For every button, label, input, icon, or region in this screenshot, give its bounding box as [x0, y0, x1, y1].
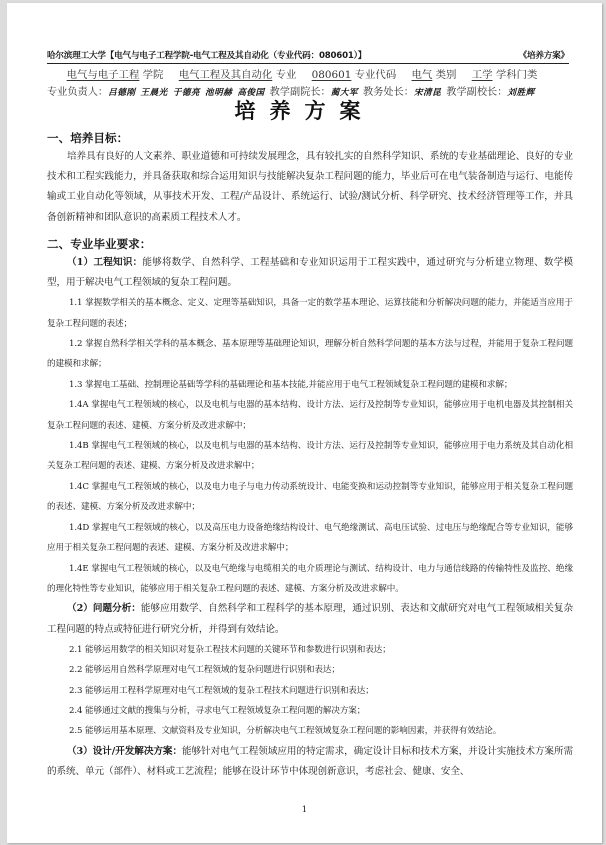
header-right: 《培养方案》 — [519, 49, 569, 61]
requirement-3: （3）设计/开发解决方案：能够针对电气工程领域应用的特定需求，确定设计目标和技术… — [47, 742, 573, 782]
requirement-item: 2.4 能够通过文献的搜集与分析，寻求电气工程领域复杂工程问题的解决方案； — [47, 701, 573, 721]
requirement-item: 1.4B 掌握电气工程领域的核心，以及电机与电器的基本结构、设计方法、运行及控制… — [47, 436, 573, 477]
major-code-field: 080601 专业代码 — [312, 69, 397, 81]
major-field: 电气工程及其自动化 专业 — [179, 69, 297, 81]
document-page: 哈尔滨理工大学【电气与电子工程学院-电气工程及其自动化（专业代码：080601）… — [7, 3, 602, 843]
requirement-item: 2.5 能够运用基本原理、文献资料及专业知识，分析解决电气工程领域复杂工程问题的… — [47, 721, 573, 741]
header-left: 哈尔滨理工大学【电气与电子工程学院-电气工程及其自动化（专业代码：080601）… — [47, 49, 366, 61]
requirement-item: 1.3 掌握电工基础、控制理论基础等学科的基础理论和基本技能,并能应用于电气工程… — [47, 375, 573, 395]
requirement-item: 1.4D 掌握电气工程领域的核心，以及高压电力设备绝缘结构设计、电气绝缘测试、高… — [47, 518, 573, 559]
requirement-item: 1.2 掌握自然科学相关学科的基本概念、基本原理等基础理论知识，理解分析自然科学… — [47, 334, 573, 375]
category-field: 电气 类别 — [412, 69, 457, 81]
section-heading-requirements: 二、专业毕业要求： — [47, 235, 573, 253]
college-field: 电气与电子工程 学院 — [67, 69, 164, 81]
section-heading-objectives: 一、培养目标： — [47, 129, 573, 147]
objectives-paragraph: 培养具有良好的人文素养、职业道德和可持续发展理念，具有较扎实的自然科学知识、系统… — [47, 147, 573, 228]
requirement-item: 2.1 能够运用数学的相关知识对复杂工程技术问题的关键环节和参数进行识别和表达； — [47, 640, 573, 660]
page-title: 培养方案 — [7, 95, 602, 125]
requirement-2: （2）问题分析：能够应用数学、自然科学和工程科学的基本原理，通过识别、表达和文献… — [47, 599, 573, 639]
document-body: 一、培养目标： 培养具有良好的人文素养、职业道德和可持续发展理念，具有较扎实的自… — [47, 129, 573, 782]
requirement-item: 1.4C 掌握电气工程领域的核心，以及电力电子与电力传动系统设计、电能变换和运动… — [47, 477, 573, 518]
requirement-item: 1.4A 掌握电气工程领域的核心，以及电机与电器的基本结构、设计方法、运行及控制… — [47, 395, 573, 436]
requirement-item: 2.2 能够运用自然科学原理对电气工程领域的复杂问题进行识别和表达； — [47, 660, 573, 680]
discipline-field: 工学 学科门类 — [472, 69, 538, 81]
running-header: 哈尔滨理工大学【电气与电子工程学院-电气工程及其自动化（专业代码：080601）… — [47, 49, 569, 64]
requirement-item: 2.3 能够运用工程科学原理对电气工程领域的复杂工程技术问题进行识别和表达； — [47, 681, 573, 701]
requirement-item: 1.4E 掌握电气工程领域的核心，以及电气绝缘与电缆相关的电介质理论与测试、结构… — [47, 559, 573, 600]
requirement-item: 1.1 掌握数学相关的基本概念、定义、定理等基础知识，具备一定的数学基本理论、运… — [47, 293, 573, 334]
program-info-row: 电气与电子工程 学院 电气工程及其自动化 专业 080601 专业代码 电气 类… — [47, 66, 569, 81]
requirement-1: （1）工程知识：能够将数学、自然科学、工程基础和专业知识运用于工程实践中，通过研… — [47, 253, 573, 293]
page-number: 1 — [7, 805, 602, 815]
